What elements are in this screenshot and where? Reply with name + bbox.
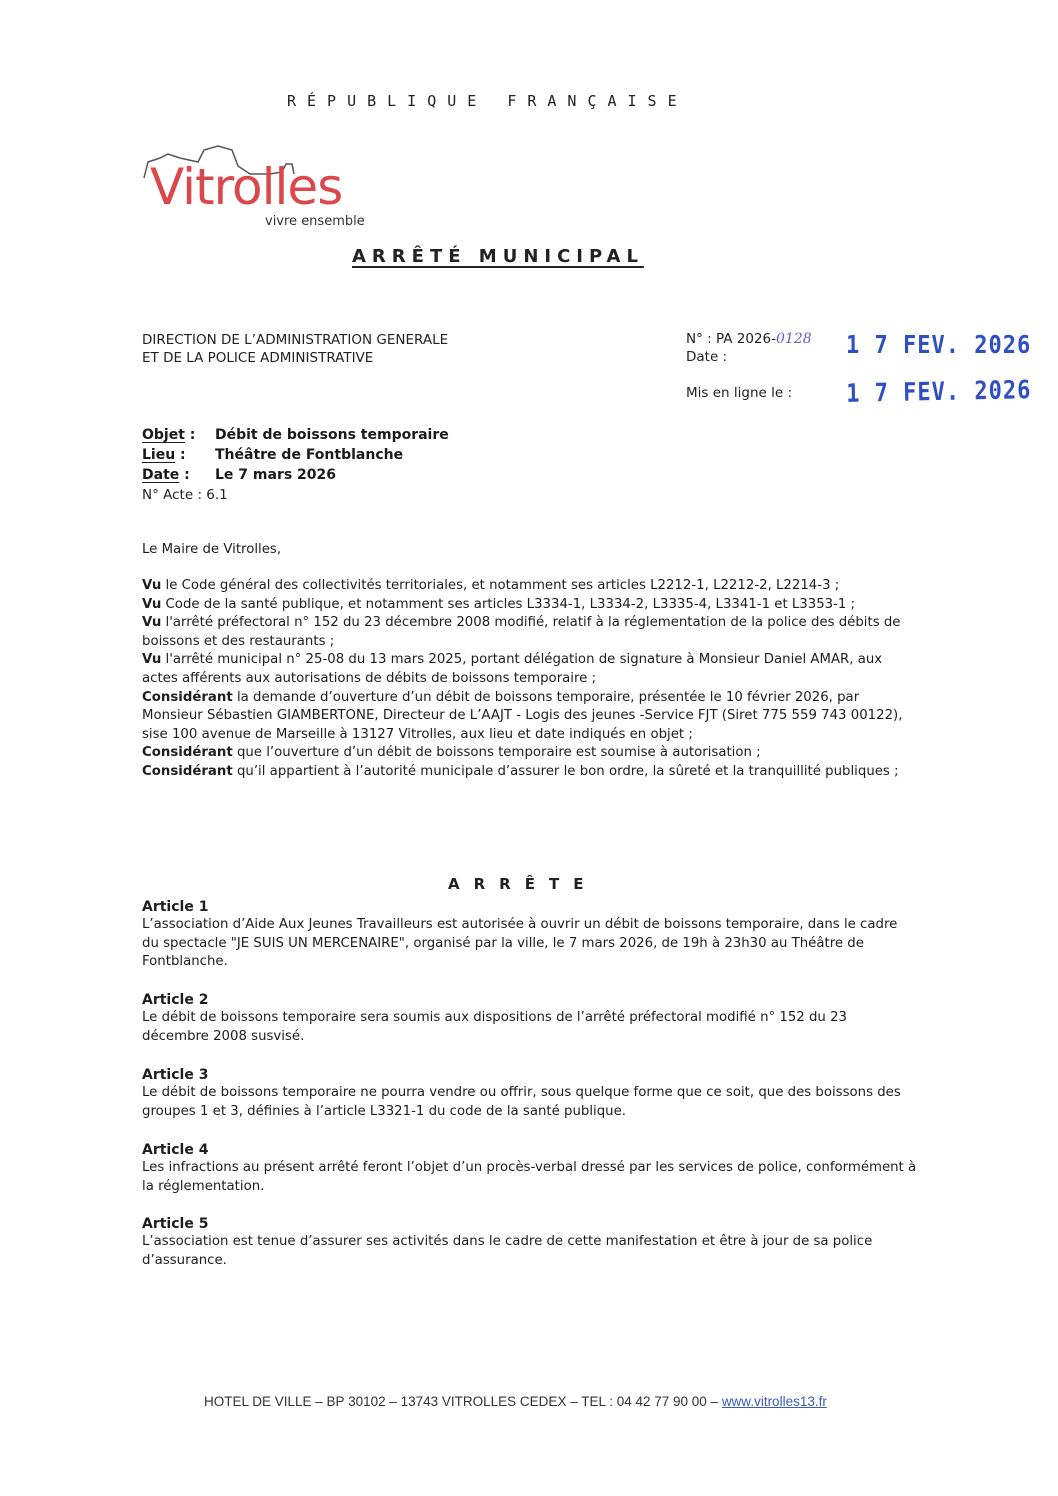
place-label: Lieu	[142, 447, 175, 463]
act-number: N° Acte : 6.1	[142, 485, 449, 505]
recital: Vu l'arrêté municipal n° 25-08 du 13 mar…	[142, 651, 917, 688]
recital: Considérant que l’ouverture d’un débit d…	[142, 744, 917, 763]
article-text: Les infractions au présent arrêté feront…	[142, 1159, 917, 1196]
recitals: Vu le Code général des collectivités ter…	[142, 577, 917, 782]
article-text: L’association est tenue d’assurer ses ac…	[142, 1233, 917, 1270]
logo-wordmark: Vitrolles	[150, 162, 342, 212]
article-title: Article 2	[142, 991, 917, 1009]
reference-number-handwritten: 0128	[776, 331, 812, 347]
reference-number-label: N° : PA 2026-	[686, 331, 776, 347]
article-text: Le débit de boissons temporaire sera sou…	[142, 1009, 917, 1046]
recital: Vu l'arrêté préfectoral n° 152 du 23 déc…	[142, 614, 917, 651]
event-date-value: Le 7 mars 2026	[215, 465, 336, 485]
logo-tagline: vivre ensemble	[265, 214, 365, 229]
online-date-label: Mis en ligne le :	[686, 385, 792, 401]
reference-block: N° : PA 2026-0128 Date :	[686, 330, 812, 366]
subject-label: Objet	[142, 427, 185, 443]
subject-row-objet: Objet : Débit de boissons temporaire	[142, 425, 449, 445]
website-link[interactable]: www.vitrolles13.fr	[722, 1394, 827, 1409]
subject-row-lieu: Lieu : Théâtre de Fontblanche	[142, 445, 449, 465]
recital: Vu le Code général des collectivités ter…	[142, 577, 917, 596]
subject-value: Débit de boissons temporaire	[215, 425, 449, 445]
date-stamp: 1 7 FEV. 2026	[846, 331, 1031, 360]
vitrolles-logo: Vitrolles vivre ensemble	[140, 140, 400, 240]
direction-line-2: ET DE LA POLICE ADMINISTRATIVE	[142, 349, 448, 367]
online-date-stamp: 1 7 FEV. 2026	[846, 376, 1032, 408]
salutation: Le Maire de Vitrolles,	[142, 541, 917, 560]
subject-block: Objet : Débit de boissons temporaire Lie…	[142, 425, 449, 505]
article-3: Article 3 Le débit de boissons temporair…	[142, 1066, 917, 1121]
issuing-direction: DIRECTION DE L’ADMINISTRATION GENERALE E…	[142, 331, 448, 367]
reference-number: N° : PA 2026-0128	[686, 330, 812, 348]
article-2: Article 2 Le débit de boissons temporair…	[142, 991, 917, 1046]
article-title: Article 3	[142, 1066, 917, 1084]
article-title: Article 4	[142, 1141, 917, 1159]
recital: Vu Code de la santé publique, et notamme…	[142, 596, 917, 615]
article-text: L’association d’Aide Aux Jeunes Travaill…	[142, 916, 917, 972]
article-5: Article 5 L’association est tenue d’assu…	[142, 1215, 917, 1270]
event-date-label: Date	[142, 467, 179, 483]
footer-address-text: HOTEL DE VILLE – BP 30102 – 13743 VITROL…	[204, 1394, 722, 1409]
article-4: Article 4 Les infractions au présent arr…	[142, 1141, 917, 1196]
article-1: Article 1 L’association d’Aide Aux Jeune…	[142, 898, 917, 972]
article-title: Article 1	[142, 898, 917, 916]
subject-row-date: Date : Le 7 mars 2026	[142, 465, 449, 485]
article-text: Le débit de boissons temporaire ne pourr…	[142, 1084, 917, 1121]
document-title: ARRÊTÉ MUNICIPAL	[352, 246, 644, 267]
republique-francaise-heading: RÉPUBLIQUE FRANÇAISE	[287, 92, 688, 110]
decree-heading: ARRÊTE	[448, 875, 597, 893]
direction-line-1: DIRECTION DE L’ADMINISTRATION GENERALE	[142, 331, 448, 349]
date-label: Date :	[686, 348, 812, 366]
recital: Considérant qu’il appartient à l’autorit…	[142, 763, 917, 782]
recital: Considérant la demande d’ouverture d’un …	[142, 689, 917, 745]
place-value: Théâtre de Fontblanche	[215, 445, 403, 465]
footer-address: HOTEL DE VILLE – BP 30102 – 13743 VITROL…	[204, 1394, 827, 1409]
article-title: Article 5	[142, 1215, 917, 1233]
